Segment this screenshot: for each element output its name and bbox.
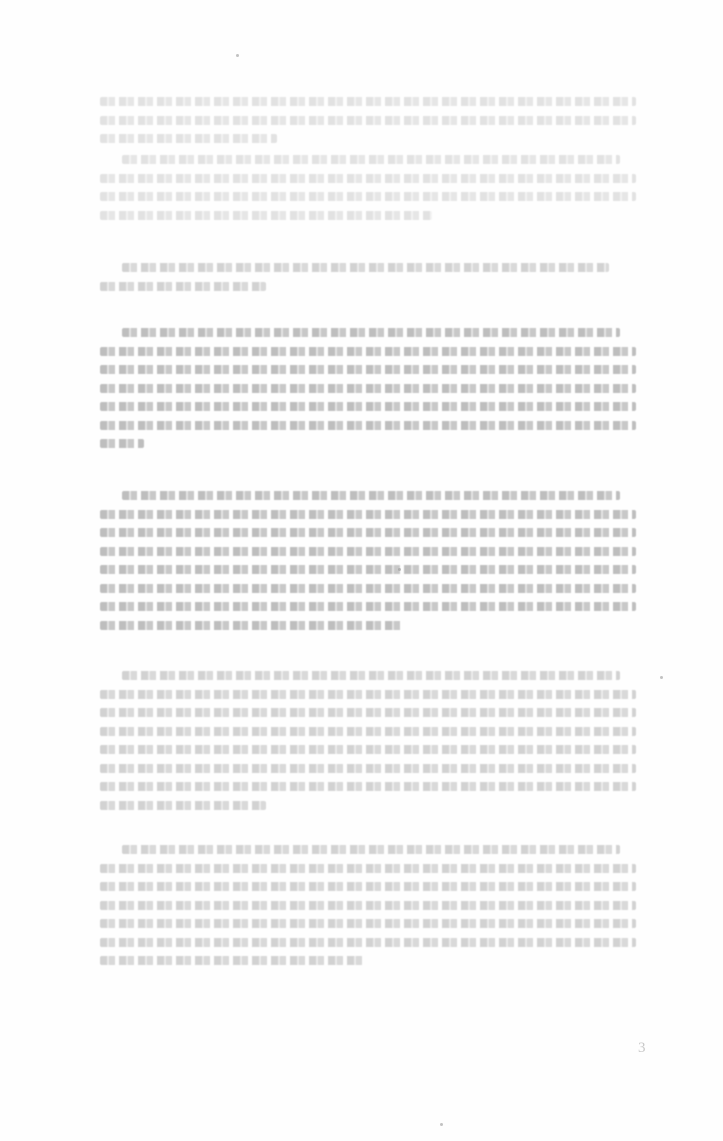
text-line [100, 579, 653, 598]
text-line [100, 877, 653, 896]
text-line [100, 896, 653, 915]
paragraph-7: [illegible text, 7 lines] [100, 840, 653, 970]
page-number: 3 [638, 1040, 646, 1057]
text-line [100, 434, 653, 453]
text-line [100, 796, 653, 815]
text-line [100, 323, 653, 342]
text-line [100, 859, 653, 878]
text-line [100, 703, 653, 722]
text-line [100, 777, 653, 796]
text-line [100, 505, 653, 524]
text-line [100, 92, 653, 111]
text-line [100, 342, 653, 361]
text-line [100, 360, 653, 379]
scan-speck [236, 54, 239, 57]
text-line [100, 933, 653, 952]
text-line [100, 111, 653, 130]
scan-speck [398, 568, 401, 571]
text-line [100, 258, 653, 277]
text-line [100, 597, 653, 616]
text-line [100, 685, 653, 704]
text-line [100, 150, 653, 169]
paragraph-6: [illegible text, 8 lines] [100, 666, 653, 814]
text-line [100, 616, 653, 635]
text-line [100, 560, 653, 579]
paragraph-5: [illegible text, 8 lines] [100, 486, 653, 634]
text-line [100, 840, 653, 859]
text-line [100, 523, 653, 542]
scan-speck [440, 1123, 443, 1126]
paragraph-2: [illegible text, 4 lines] [100, 150, 653, 224]
text-line [100, 759, 653, 778]
scan-speck [660, 676, 663, 679]
text-line [100, 187, 653, 206]
text-line [100, 486, 653, 505]
text-line [100, 169, 653, 188]
text-line [100, 277, 653, 296]
text-line [100, 397, 653, 416]
scanned-page: [illegible text, 3 lines] [illegible tex… [0, 0, 723, 1141]
text-line [100, 416, 653, 435]
text-line [100, 542, 653, 561]
text-line [100, 666, 653, 685]
text-line [100, 206, 653, 225]
text-line [100, 379, 653, 398]
paragraph-3: [illegible text, 2 lines] [100, 258, 653, 295]
text-line [100, 129, 653, 148]
text-line [100, 951, 653, 970]
text-line [100, 914, 653, 933]
paragraph-1: [illegible text, 3 lines] [100, 92, 653, 148]
text-line [100, 740, 653, 759]
text-line [100, 722, 653, 741]
paragraph-4: [illegible text, 7 lines] [100, 323, 653, 453]
